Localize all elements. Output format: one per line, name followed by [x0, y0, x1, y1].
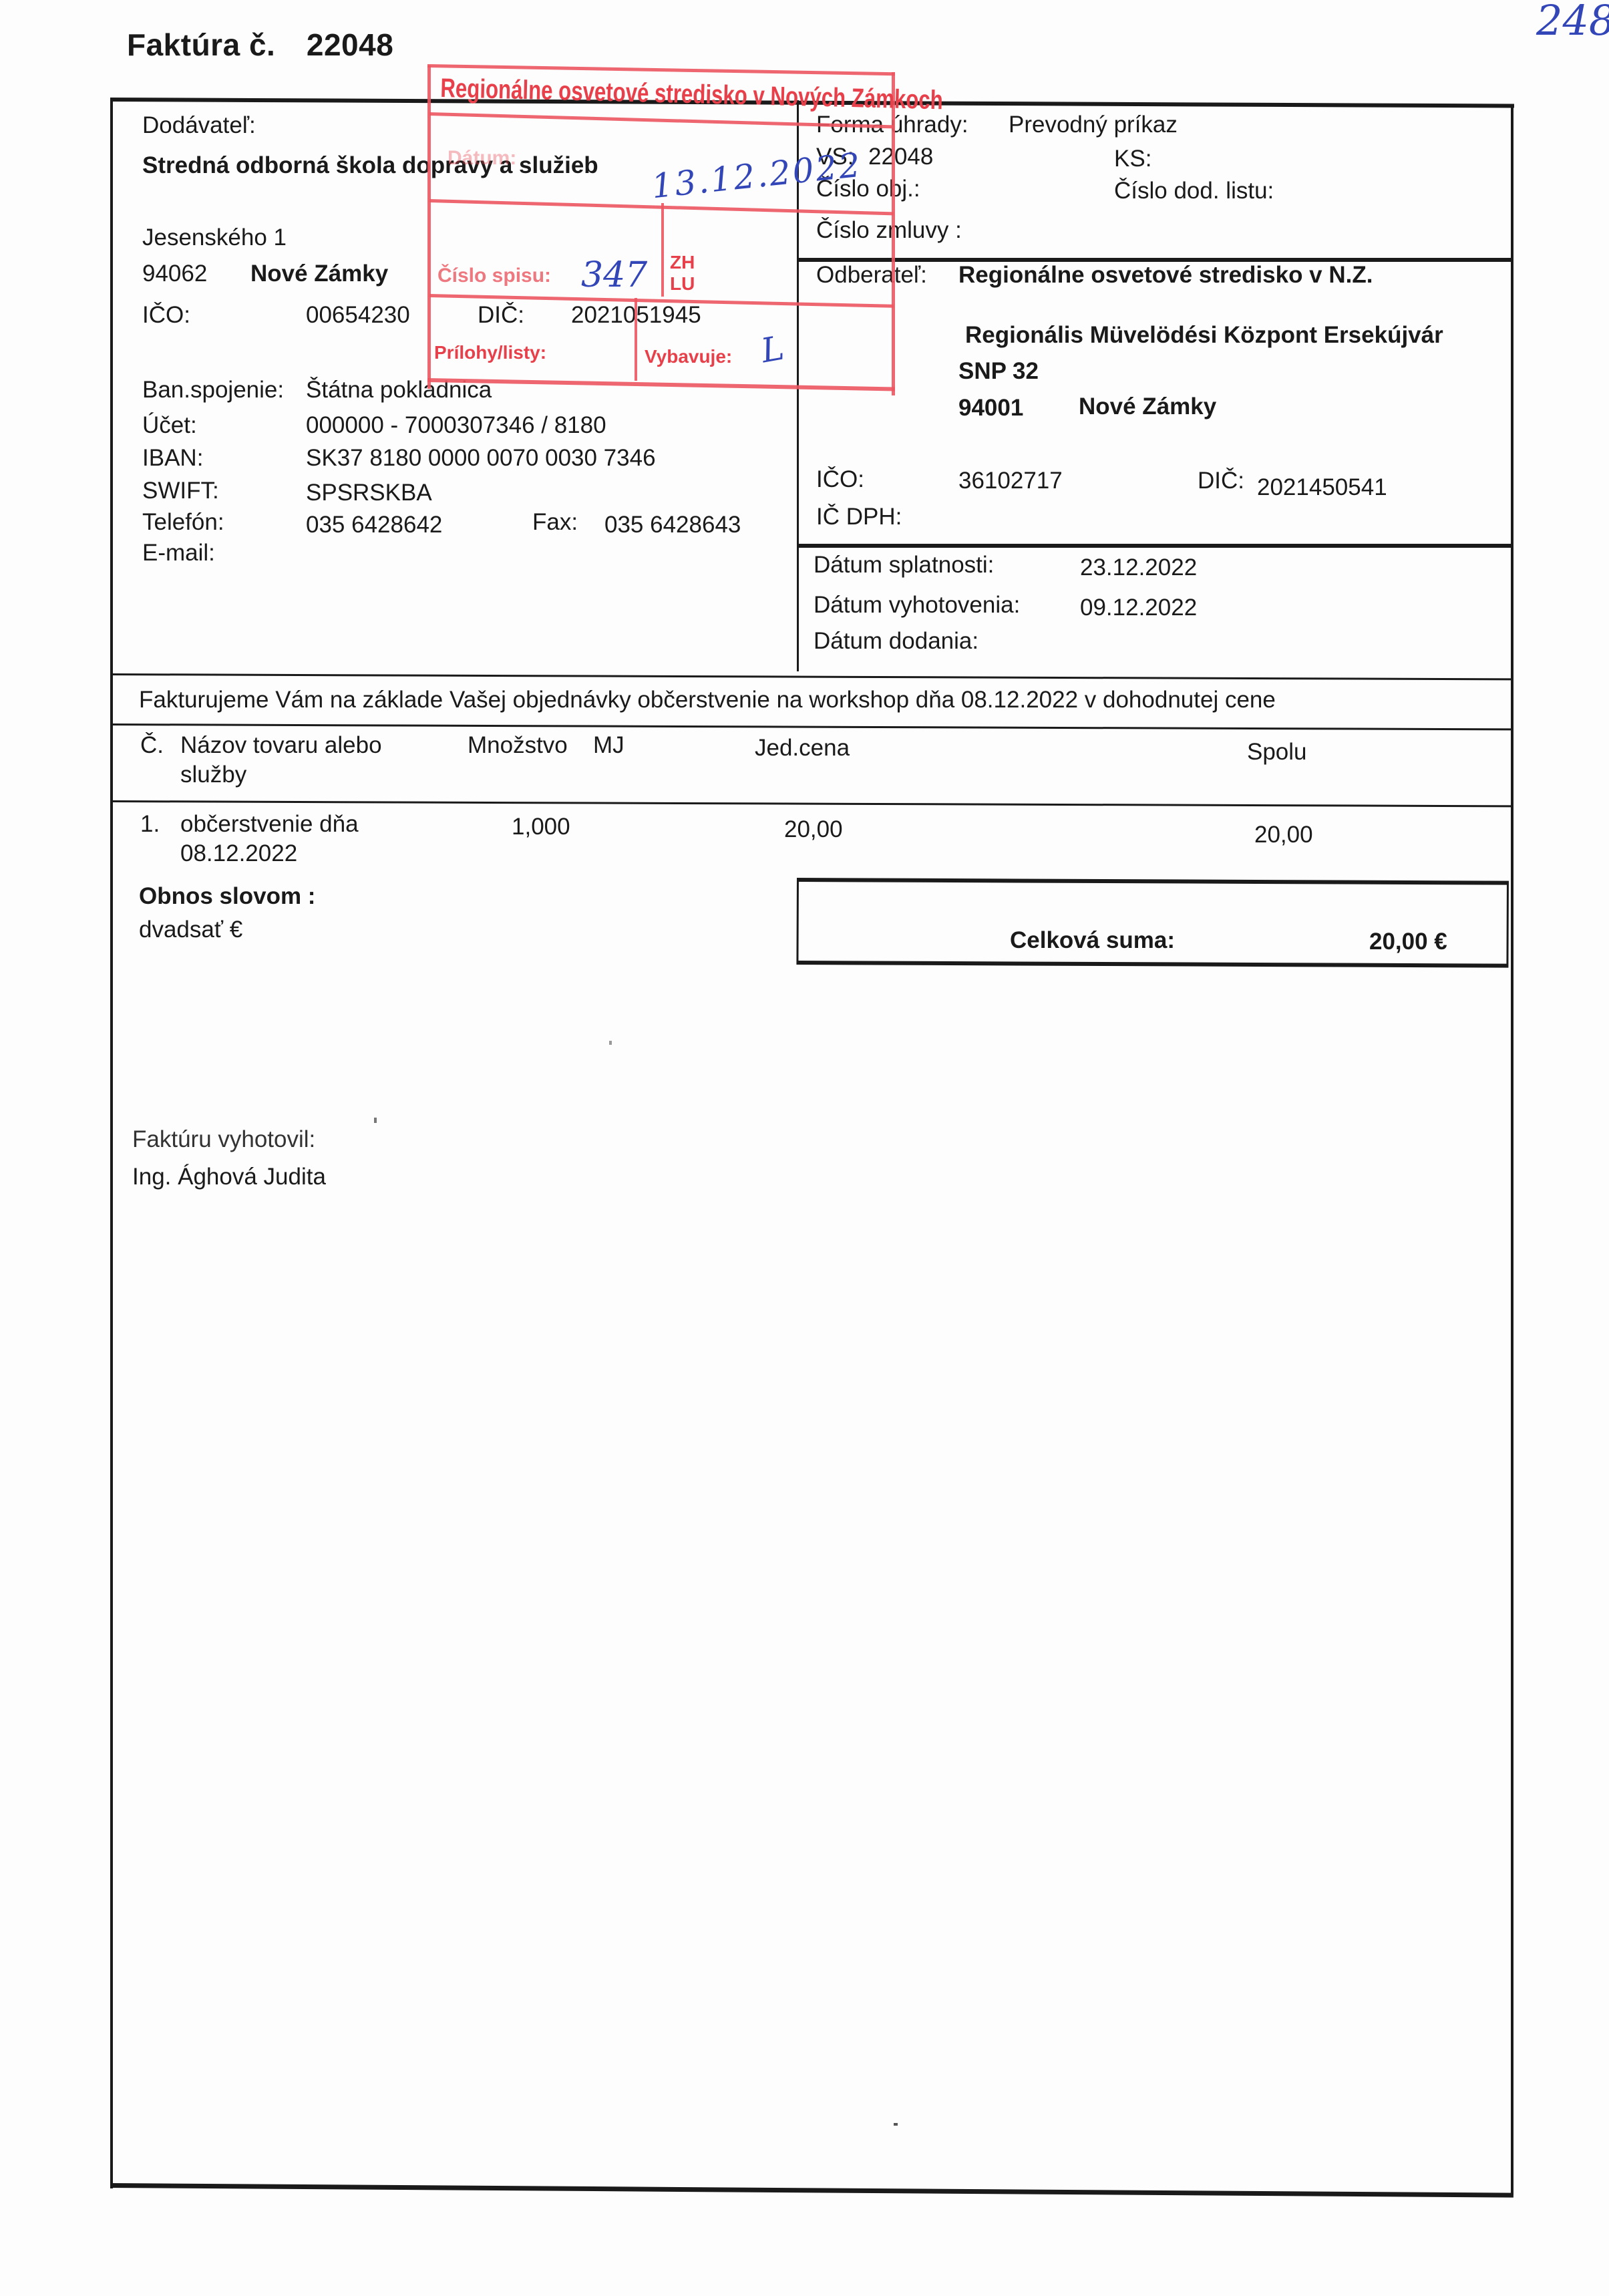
col-header-unit: MJ	[593, 732, 624, 759]
fax-value: 035 6428643	[604, 512, 741, 538]
invoice-number: 22048	[307, 27, 393, 62]
ks-label: KS:	[1114, 146, 1151, 172]
col-header-qty: Množstvo	[468, 732, 568, 759]
issued-by-name: Ing. Ághová Judita	[132, 1164, 326, 1190]
supplier-ico-label: IČO:	[142, 302, 190, 329]
due-date: 23.12.2022	[1080, 554, 1197, 581]
issued-date: 09.12.2022	[1080, 595, 1197, 621]
swift-label: SWIFT:	[142, 478, 219, 504]
table-body-top-line	[110, 800, 1513, 807]
issued-by-label: Faktúru vyhotovil:	[132, 1126, 315, 1153]
row-no: 1.	[140, 811, 160, 838]
amount-in-words: dvadsať €	[139, 917, 242, 943]
frame-left-border	[110, 99, 113, 2188]
row-total: 20,00	[1254, 822, 1313, 848]
row-unit-price: 20,00	[784, 816, 843, 843]
customer-ico: 36102717	[958, 468, 1063, 494]
frame-bottom-border	[110, 2183, 1513, 2198]
issued-date-label: Dátum vyhotovenia:	[814, 592, 1020, 619]
customer-city: Nové Zámky	[1079, 393, 1216, 420]
stamp-dept-lu: LU	[670, 274, 695, 294]
handwritten-page-number: 248	[1536, 0, 1609, 45]
col-header-name-line2: služby	[180, 762, 246, 788]
iban-label: IBAN:	[142, 445, 203, 472]
amount-in-words-label: Obnos slovom :	[139, 883, 315, 910]
vs-value: 22048	[868, 144, 933, 170]
supplier-label: Dodávateľ:	[142, 112, 256, 139]
stamp-handled-by-label: Vybavuje:	[645, 346, 732, 367]
customer-box-bottom	[797, 544, 1513, 548]
supplier-dic-label: DIČ:	[478, 302, 524, 329]
stamp-file-no-handwritten: 347	[581, 255, 647, 295]
col-header-unit-price: Jed.cena	[755, 735, 850, 762]
description-top-line	[110, 673, 1513, 680]
scan-speck	[609, 1041, 612, 1045]
customer-ico-label: IČO:	[816, 466, 864, 493]
account-number: 000000 - 7000307346 / 8180	[306, 412, 606, 439]
stamp-org-name: Regionálne osvetové stredisko v Nových Z…	[440, 73, 943, 116]
supplier-zip: 94062	[142, 261, 207, 287]
stamp-date-label: Dátum:	[448, 147, 516, 170]
col-header-no: Č.	[140, 732, 164, 759]
stamp-file-no-label: Číslo spisu:	[437, 265, 551, 287]
customer-name-hu: Regionális Müvelödési Központ Ersekújvár	[965, 322, 1443, 349]
customer-icdph-label: IČ DPH:	[816, 504, 902, 530]
frame-right-border	[1511, 106, 1513, 2195]
stamp-frame-bottom	[427, 378, 895, 391]
payment-method: Prevodný príkaz	[1009, 112, 1178, 138]
invoice-title: Faktúra č. 22048	[127, 27, 393, 63]
invoice-title-label: Faktúra č.	[127, 27, 275, 62]
delivery-note-label: Číslo dod. listu:	[1114, 178, 1274, 204]
account-label: Účet:	[142, 412, 197, 439]
fax-label: Fax:	[532, 509, 578, 536]
supplier-name: Stredná odborná škola dopravy a služieb	[142, 152, 598, 179]
phone-value: 035 6428642	[306, 512, 442, 538]
stamp-handled-by-handwritten: L	[758, 329, 787, 371]
total-value: 20,00 €	[1369, 929, 1447, 955]
stamp-col-sep-1	[661, 203, 664, 297]
customer-dic-label: DIČ:	[1198, 468, 1244, 494]
swift-value: SPSRSKBA	[306, 480, 432, 506]
scan-speck	[374, 1118, 377, 1123]
due-date-label: Dátum splatnosti:	[814, 552, 994, 579]
stamp-frame-right	[892, 72, 895, 395]
customer-dic: 2021450541	[1257, 474, 1387, 501]
row-name-line2: 08.12.2022	[180, 840, 297, 867]
stamp-col-sep-2	[635, 298, 637, 381]
stamp-dept-zh: ZH	[670, 253, 695, 273]
col-header-name: Názov tovaru alebo	[180, 732, 382, 759]
scan-speck	[894, 2123, 898, 2126]
iban-value: SK37 8180 0000 0070 0030 7346	[306, 445, 656, 472]
supplier-city: Nové Zámky	[250, 261, 388, 287]
table-header-top-line	[110, 723, 1513, 730]
stamp-frame-top	[427, 64, 895, 75]
col-header-total: Spolu	[1247, 739, 1307, 766]
contract-no-label: Číslo zmluvy :	[816, 217, 962, 244]
delivery-date-label: Dátum dodania:	[814, 628, 978, 655]
supplier-ico: 00654230	[306, 302, 410, 329]
bank-label: Ban.spojenie:	[142, 377, 284, 403]
invoice-description: Fakturujeme Vám na základe Vašej objedná…	[139, 687, 1276, 713]
customer-label: Odberateľ:	[816, 262, 927, 289]
total-label: Celková suma:	[1010, 927, 1175, 954]
customer-zip: 94001	[958, 395, 1023, 422]
row-name: občerstvenie dňa	[180, 811, 359, 838]
customer-name: Regionálne osvetové stredisko v N.Z.	[958, 262, 1373, 289]
row-qty: 1,000	[512, 814, 570, 840]
customer-street: SNP 32	[958, 358, 1039, 385]
stamp-attachments-label: Prílohy/listy:	[434, 342, 546, 363]
supplier-street: Jesenského 1	[142, 224, 287, 251]
phone-label: Telefón:	[142, 509, 224, 536]
email-label: E-mail:	[142, 540, 215, 566]
